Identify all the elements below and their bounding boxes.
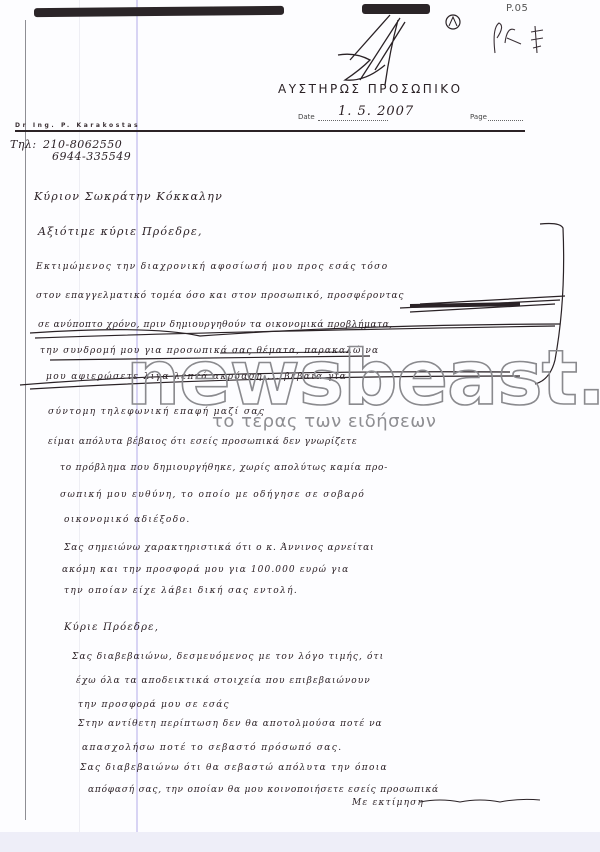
page-label: Page — [470, 113, 487, 121]
letter-line: Σας διαβεβαιώνω ότι θα σεβαστώ απόλυτα τ… — [80, 763, 388, 773]
page-dotted-line — [488, 120, 523, 121]
initials-icon — [487, 18, 557, 58]
letter-line: ακόμη και την προσφορά μου για 100.000 ε… — [62, 565, 349, 575]
phone-label: Τηλ: — [10, 138, 37, 151]
date-dotted-line — [318, 120, 388, 121]
scan-bottom-band — [0, 832, 600, 852]
redacted-fax-header — [34, 6, 284, 17]
closing: Με εκτίμηση — [352, 798, 424, 808]
letter-line: Σας σημειώνω χαρακτηριστικά ότι ο κ. Άνν… — [64, 543, 375, 553]
letter-line: απασχολήσω ποτέ το σεβαστό πρόσωπό σας. — [82, 743, 342, 753]
letter-line: σωπική μου ευθύνη, το οποίο με οδήγησε σ… — [60, 490, 365, 500]
fax-page-number: P.05 — [506, 3, 528, 14]
letter-line: την οποίαν είχε λάβει δική σας εντολή. — [64, 586, 298, 596]
letter-line: έχω όλα τα αποδεικτικά στοιχεία που επιβ… — [76, 676, 371, 686]
recipient: Κύριον Σωκράτην Κόκκαλην — [34, 190, 223, 203]
scanned-letter-page: P.05 ΑΥΣΤΗΡΩΣ ΠΡΟΣΩΠΙΚΟ Date 1. 5. 2007 … — [0, 0, 600, 852]
letter-line: σε ανύποπτο χρόνο, πριν δημιουργηθούν τα… — [38, 320, 393, 330]
letterhead-rule — [15, 130, 525, 132]
watermark-site: newsbeast.gr — [126, 340, 600, 416]
salutation: Αξιότιμε κύριε Πρόεδρε, — [38, 225, 203, 238]
letter-line: το πρόβλημα που δημιουργήθηκε, χωρίς απο… — [60, 463, 388, 473]
phone-2: 6944-335549 — [52, 150, 131, 163]
date-label: Date — [298, 113, 315, 121]
letter-line: Στην αντίθετη περίπτωση δεν θα αποτολμού… — [78, 719, 383, 729]
letter-line: στον επαγγελματικό τομέα όσο και στον πρ… — [36, 291, 404, 301]
salutation-2: Κύριε Πρόεδρε, — [64, 622, 159, 633]
letter-line: την προσφορά μου σε εσάς — [78, 700, 230, 710]
letter-line: απόφασή σας, την οποίαν θα μου κοινοποιή… — [88, 785, 439, 795]
letter-line: είμαι απόλυτα βέβαιος ότι εσείς προσωπικ… — [48, 437, 357, 447]
letterhead-name: Dr Ing. P. Karakostas — [15, 122, 140, 129]
confidential-marking: ΑΥΣΤΗΡΩΣ ΠΡΟΣΩΠΙΚΟ — [278, 82, 463, 96]
letter-line: Σας διαβεβαιώνω, δεσμευόμενος με τον λόγ… — [72, 652, 384, 662]
letter-date: 1. 5. 2007 — [338, 104, 414, 119]
letter-line: Εκτιμώμενος την διαχρονική αφοσίωσή μου … — [36, 262, 389, 272]
signature-icon — [330, 10, 440, 90]
circled-a-mark — [443, 12, 463, 32]
watermark-tagline: το τέρας των ειδήσεων — [212, 411, 436, 432]
letter-line: οικονομικό αδιέξοδο. — [64, 515, 191, 525]
